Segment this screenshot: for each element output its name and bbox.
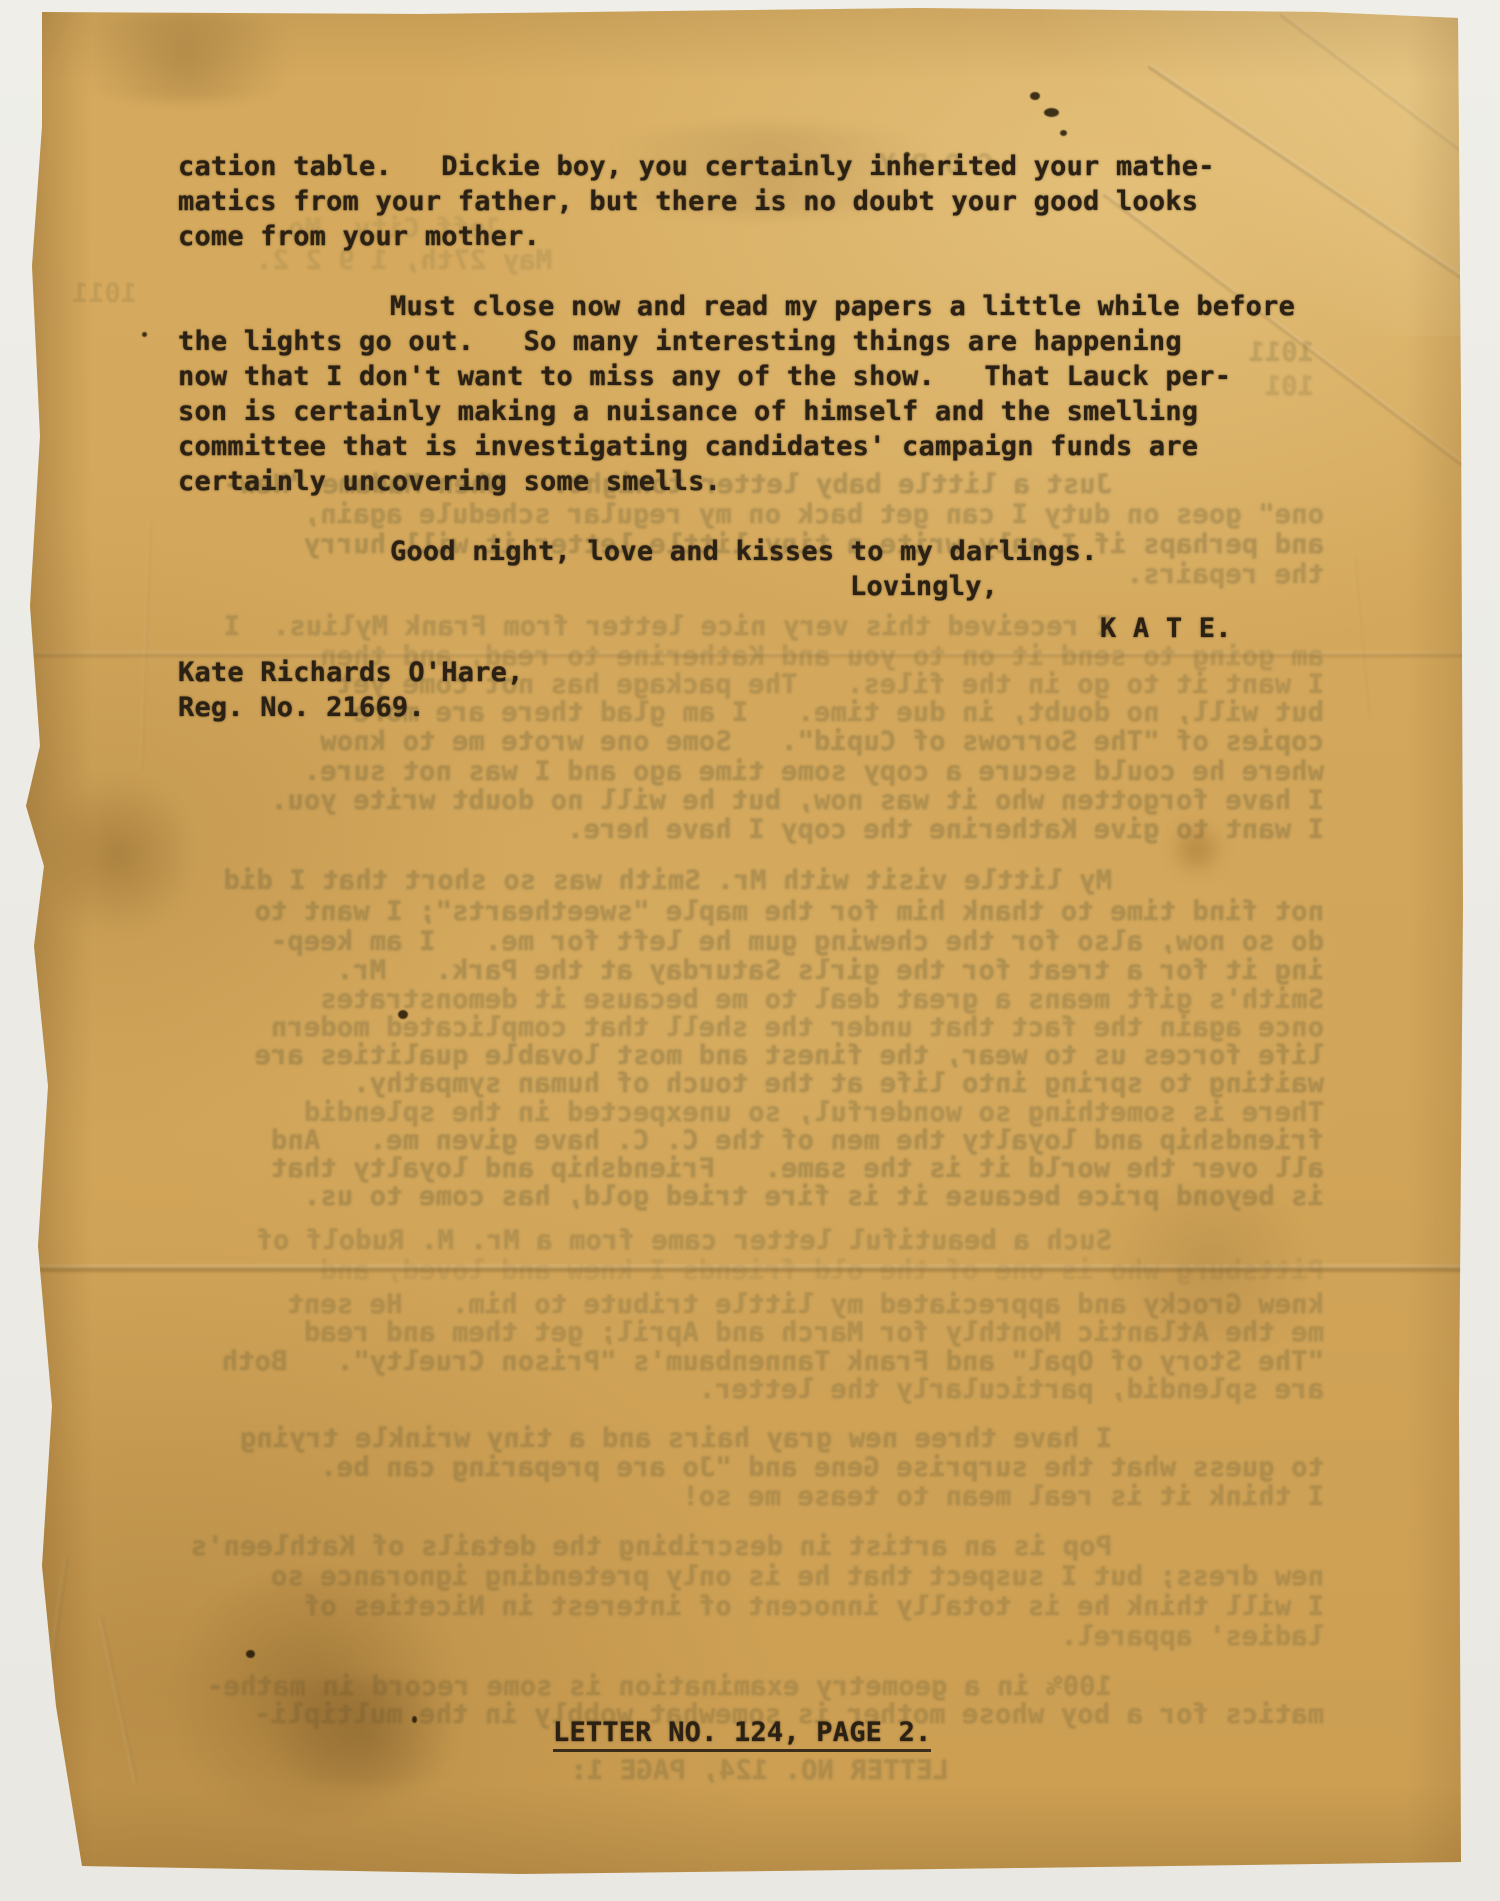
ink-speck: [142, 332, 147, 337]
letter-page: C O P YJeff City. Mo.May 27th, 1 9 2 2.1…: [20, 6, 1464, 1878]
ghost-line: where he could secure a copy some time a…: [304, 757, 1324, 787]
ghost-line: My little visit with Mr. Smith was so sh…: [223, 866, 1324, 896]
ink-speck: [246, 1650, 255, 1658]
ghost-line: LETTER NO. 124, PAGE 1:: [571, 1756, 1324, 1786]
letter-line: Must close now and read my papers a litt…: [390, 292, 1295, 322]
letter-line: the lights go out. So many interesting t…: [178, 327, 1182, 357]
ink-speck: [398, 1010, 408, 1019]
ghost-line: I think it is real mean to tease me so!: [682, 1482, 1324, 1512]
edge-wrinkle-4: [1352, 558, 1370, 718]
ghost-fragment: 1011: [72, 278, 137, 309]
stain-left-edge: [48, 766, 188, 946]
letter-line: Kate Richards O'Hare,: [178, 658, 524, 688]
letter-line: certainly uncovering some smells.: [178, 467, 721, 497]
ghost-line: I want to give Katherine the copy I have…: [567, 815, 1324, 845]
letter-line: K A T E.: [1100, 614, 1232, 644]
ghost-line: Smith's gift means a great deal to me be…: [320, 985, 1324, 1015]
ghost-line: but will, no doubt, in due time. I am gl…: [353, 698, 1324, 728]
scanned-letter-screenshot: { "document": { "kind": "typewritten pri…: [0, 0, 1500, 1901]
edge-wrinkle-3: [139, 520, 152, 770]
ghost-line: "The Story of Opal" and Frank Tannenbaum…: [221, 1347, 1324, 1377]
ghost-line: I will think he is totally innocent of i…: [304, 1592, 1324, 1622]
ghost-line: one" goes on duty I can get back on my r…: [304, 500, 1324, 530]
edge-wrinkle-2: [98, 1616, 137, 1783]
ink-speck: [1030, 92, 1040, 100]
letter-line: cation table. Dickie boy, you certainly …: [178, 152, 1215, 182]
letter-line: come from your mother.: [178, 222, 540, 252]
corner-crease-diagonal-2: [1279, 12, 1474, 160]
ghost-line: do so now, also for the chewing gum he l…: [271, 927, 1324, 957]
ghost-line: 101: [1265, 372, 1324, 402]
ink-speck: [1044, 108, 1059, 117]
ghost-line: ing it for a treat for the girls Saturda…: [337, 956, 1324, 986]
ink-speck: [1060, 130, 1067, 136]
ghost-line: Pop is an artist in describing the detai…: [190, 1532, 1324, 1562]
letter-line: matics from your father, but there is no…: [178, 187, 1198, 217]
stain-right-mid: [1168, 818, 1226, 880]
stain-bottom-center: [245, 1678, 485, 1788]
letter-line: son is certainly making a nuisance of hi…: [178, 397, 1198, 427]
ghost-line: new dress; but I suspect that he is only…: [271, 1562, 1324, 1592]
letter-line: Good night, love and kisses to my darlin…: [390, 537, 1098, 567]
ghost-line: knew Grocky and appreciated my little tr…: [287, 1290, 1324, 1320]
ghost-line: There is something so wonderful, so unex…: [304, 1098, 1324, 1128]
ghost-line: 100% in a geometry examination is some r…: [207, 1672, 1324, 1702]
edge-wrinkle-1: [31, 1558, 68, 1796]
stain-top-left: [46, 12, 326, 102]
ghost-line: 1011: [1248, 338, 1324, 368]
stain-bottom-left: [150, 1576, 480, 1816]
ghost-line: to guess what the surprise Gene and "Jo …: [320, 1453, 1324, 1483]
ink-speck: [412, 1716, 417, 1723]
ghost-line: copies of "The Sorrows of Cupid". Some o…: [320, 727, 1324, 757]
letter-line: LETTER NO. 124, PAGE 2.: [553, 1718, 931, 1752]
ghost-line: I have three new gray hairs and a tiny w…: [240, 1424, 1324, 1454]
ghost-line: once again the fact that under the shell…: [271, 1013, 1324, 1043]
ghost-line: are splendid, particularly the letter.: [699, 1375, 1324, 1405]
ghost-line: waiting to spring into life at the touch…: [353, 1069, 1324, 1099]
ghost-line: Such a beautiful letter came from a Mr. …: [256, 1226, 1324, 1256]
ghost-line: the repairs.: [1127, 560, 1324, 590]
ghost-line: friendship and loyalty the men of the C.…: [271, 1126, 1324, 1156]
fold-crease-horizontal-lower: [20, 1265, 1464, 1273]
bleed-through-layer: C O P YJeff City. Mo.May 27th, 1 9 2 2.1…: [84, 6, 1324, 1878]
letter-line: now that I don't want to miss any of the…: [178, 362, 1231, 392]
ghost-line: ladies' apparel.: [1061, 1622, 1324, 1652]
ghost-line: not find time to thank him for the maple…: [254, 897, 1324, 927]
letter-line: Reg. No. 21669.: [178, 693, 425, 723]
ghost-line: is beyond price because it is fire tried…: [304, 1182, 1324, 1212]
ghost-line: Pittsburg who is one of the old friends …: [320, 1256, 1324, 1286]
stain-right-lower: [1080, 1186, 1340, 1346]
ghost-line: life forces us to wear, the finest and m…: [254, 1041, 1324, 1071]
ghost-line: me the Atlantic Monthly for March and Ap…: [304, 1318, 1324, 1348]
ghost-line: all over the world it is the same. Frien…: [271, 1154, 1324, 1184]
letter-line: Lovingly,: [850, 572, 998, 602]
letter-line: committee that is investigating candidat…: [178, 432, 1198, 462]
ghost-line: I have forgotten who it was now, but he …: [271, 786, 1324, 816]
